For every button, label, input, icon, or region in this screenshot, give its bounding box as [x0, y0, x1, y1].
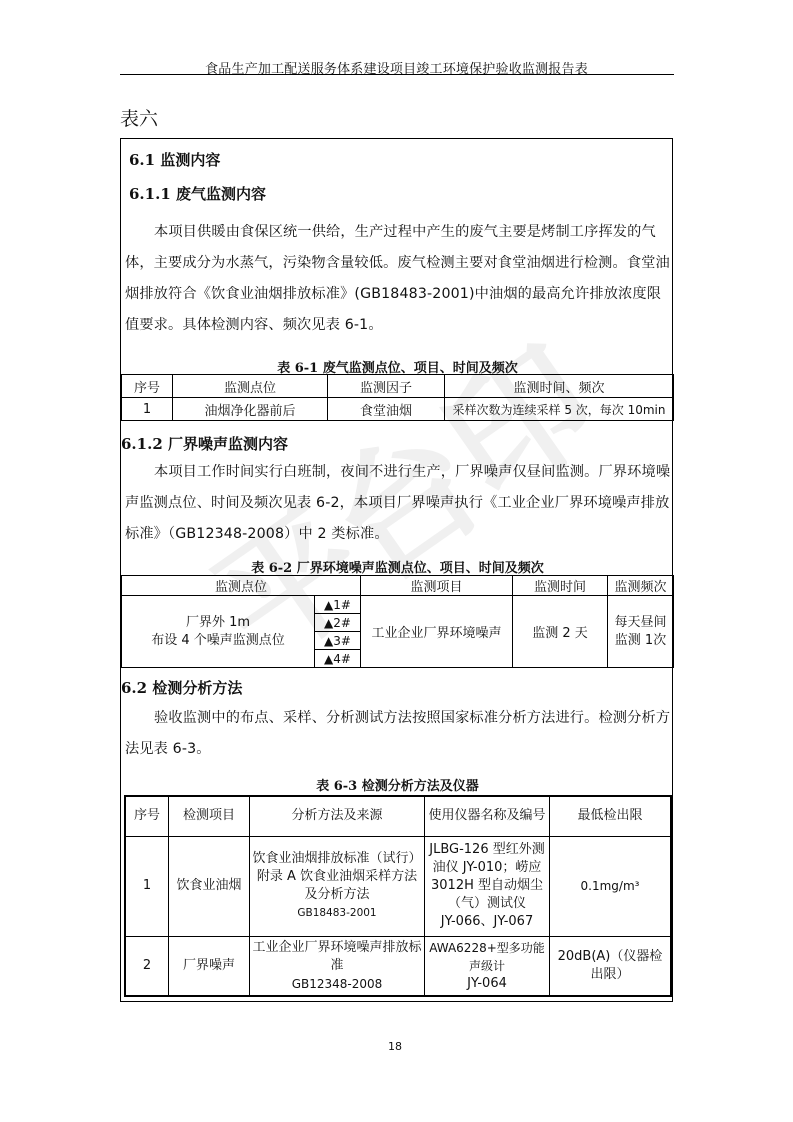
section-6-1-heading: 6.1 监测内容: [129, 149, 220, 170]
method-text: 饮食业油烟排放标准（试行）附录 A 饮食业油烟采样方法及分析方法: [252, 850, 422, 904]
cell: 油烟净化器前后: [173, 398, 328, 421]
header-cell: 序号: [125, 796, 169, 836]
table-6-1: 序号 监测点位 监测因子 监测时间、频次 1 油烟净化器前后 食堂油烟 采样次数…: [121, 374, 674, 421]
section-6-2-heading: 6.2 检测分析方法: [121, 677, 242, 698]
table-header-row: 监测点位 监测项目 监测时间 监测频次: [122, 576, 674, 596]
frequency-cell: 每天昼间监测 1次: [608, 596, 674, 668]
header-cell: 分析方法及来源: [250, 796, 425, 836]
header-cell: 监测项目: [361, 576, 513, 596]
table-6-3: 序号 检测项目 分析方法及来源 使用仪器名称及编号 最低检出限 1 饮食业油烟 …: [124, 795, 672, 997]
instrument-text: JLBG-126 型红外测油仪 JY-010；崂应 3012H 型自动烟尘（气）…: [427, 841, 547, 913]
cell: 食堂油烟: [328, 398, 445, 421]
cell-method: 饮食业油烟排放标准（试行）附录 A 饮食业油烟采样方法及分析方法 GB18483…: [250, 836, 425, 936]
table-6-2-caption: 表 6-2 厂界环境噪声监测点位、项目、时间及频次: [121, 557, 674, 576]
header-cell: 检测项目: [169, 796, 250, 836]
point-cell: ▲1#: [315, 596, 361, 614]
section-6-1-2-heading: 6.1.2 厂界噪声监测内容: [121, 433, 288, 454]
cell-instrument: JLBG-126 型红外测油仪 JY-010；崂应 3012H 型自动烟尘（气）…: [425, 836, 550, 936]
location-line: 布设 4 个噪声监测点位: [124, 632, 312, 650]
table-header-row: 序号 检测项目 分析方法及来源 使用仪器名称及编号 最低检出限: [125, 796, 671, 836]
table-row: 1 饮食业油烟 饮食业油烟排放标准（试行）附录 A 饮食业油烟采样方法及分析方法…: [125, 836, 671, 936]
table-6-2: 监测点位 监测项目 监测时间 监测频次 厂界外 1m 布设 4 个噪声监测点位 …: [121, 575, 674, 668]
section-6-1-2-paragraph: 本项目工作时间实行白班制，夜间不进行生产，厂界噪声仅昼间监测。厂界环境噪声监测点…: [125, 457, 671, 550]
header-cell: 使用仪器名称及编号: [425, 796, 550, 836]
instrument-code: JY-066、JY-067: [427, 913, 547, 931]
section-6-2-paragraph: 验收监测中的布点、采样、分析测试方法按照国家标准分析方法进行。检测分析方法见表 …: [125, 703, 671, 765]
location-cell: 厂界外 1m 布设 4 个噪声监测点位: [122, 596, 315, 668]
instrument-code: JY-064: [427, 975, 547, 993]
time-cell: 监测 2 天: [513, 596, 608, 668]
point-cell: ▲4#: [315, 650, 361, 668]
header-cell: 监测时间、频次: [445, 375, 674, 398]
method-code: GB18483-2001: [252, 904, 422, 922]
cell: 1: [122, 398, 173, 421]
cell-item: 厂界噪声: [169, 936, 250, 996]
header-cell: 监测点位: [173, 375, 328, 398]
header-cell: 监测频次: [608, 576, 674, 596]
header-cell: 最低检出限: [550, 796, 672, 836]
section-6-1-1-heading: 6.1.1 废气监测内容: [129, 183, 266, 204]
instrument-text: AWA6228+型多功能声级计: [427, 939, 547, 975]
section-6-1-1-paragraph: 本项目供暖由食保区统一供给，生产过程中产生的废气主要是烤制工序挥发的气体，主要成…: [125, 217, 671, 341]
header-cell: 序号: [122, 375, 173, 398]
page-number: 18: [388, 1040, 402, 1053]
table-label: 表六: [120, 104, 158, 131]
table-row: 2 厂界噪声 工业企业厂界环境噪声排放标准 GB12348-2008 AWA62…: [125, 936, 671, 996]
content-frame: 6.1 监测内容 6.1.1 废气监测内容 本项目供暖由食保区统一供给，生产过程…: [120, 138, 673, 1002]
cell-instrument: AWA6228+型多功能声级计 JY-064: [425, 936, 550, 996]
header-cell: 监测时间: [513, 576, 608, 596]
cell-limit: 0.1mg/m³: [550, 836, 672, 936]
cell-item: 饮食业油烟: [169, 836, 250, 936]
item-cell: 工业企业厂界环境噪声: [361, 596, 513, 668]
method-code: GB12348-2008: [252, 975, 422, 993]
method-text: 工业企业厂界环境噪声排放标准: [252, 939, 422, 975]
table-row: 1 油烟净化器前后 食堂油烟 采样次数为连续采样 5 次，每次 10min: [122, 398, 674, 421]
table-header-row: 序号 监测点位 监测因子 监测时间、频次: [122, 375, 674, 398]
cell-limit: 20dB(A)（仪器检出限）: [550, 936, 672, 996]
point-cell: ▲3#: [315, 632, 361, 650]
cell-no: 2: [125, 936, 169, 996]
cell-method: 工业企业厂界环境噪声排放标准 GB12348-2008: [250, 936, 425, 996]
header-rule: [120, 74, 674, 75]
table-6-3-caption: 表 6-3 检测分析方法及仪器: [121, 775, 674, 794]
location-line: 厂界外 1m: [124, 614, 312, 632]
cell-no: 1: [125, 836, 169, 936]
cell: 采样次数为连续采样 5 次，每次 10min: [445, 398, 674, 421]
header-cell: 监测因子: [328, 375, 445, 398]
table-row: 厂界外 1m 布设 4 个噪声监测点位 ▲1# 工业企业厂界环境噪声 监测 2 …: [122, 596, 674, 614]
header-cell: 监测点位: [122, 576, 361, 596]
point-cell: ▲2#: [315, 614, 361, 632]
